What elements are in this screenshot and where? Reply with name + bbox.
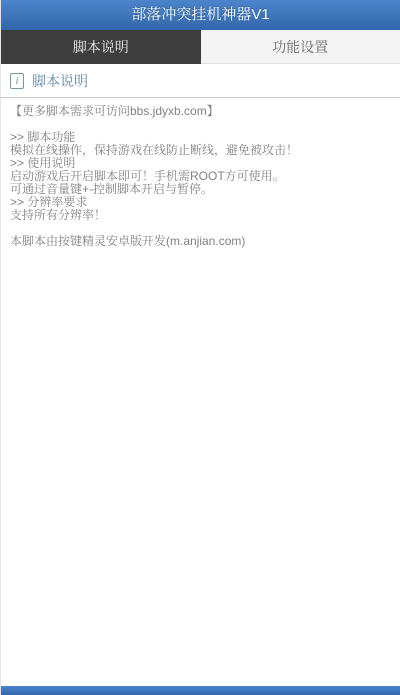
tab-function-settings[interactable]: 功能设置 [201,30,400,64]
app-title: 部落冲突挂机神器V1 [131,6,269,23]
bottom-bar [1,686,400,695]
script-description-text: 【更多脚本需求可访问bbs.jdyxb.com】 >> 脚本功能 模拟在线操作，… [1,98,400,255]
title-bar: 部落冲突挂机神器V1 [1,0,400,30]
tab-script-description[interactable]: 脚本说明 [1,30,201,64]
section-header: i 脚本说明 [1,64,400,97]
section-title: 脚本说明 [32,71,88,91]
info-icon: i [10,73,24,89]
app-window: 部落冲突挂机神器V1 脚本说明 功能设置 i 脚本说明 【更多脚本需求可访问bb… [0,0,400,695]
content-area: i 脚本说明 【更多脚本需求可访问bbs.jdyxb.com】 >> 脚本功能 … [1,64,400,255]
tab-bar: 脚本说明 功能设置 [1,30,400,64]
